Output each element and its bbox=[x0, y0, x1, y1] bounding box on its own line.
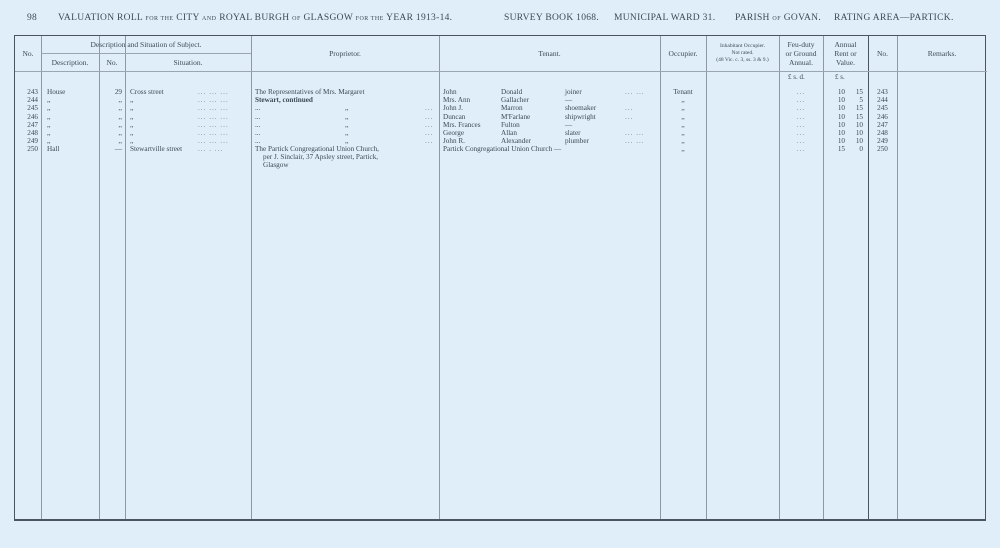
row-feu-duty: ... bbox=[779, 104, 823, 112]
row-no-right: 247 bbox=[868, 121, 897, 129]
header-remarks: Remarks. bbox=[897, 36, 987, 71]
row-tenant-first-name: Mrs. Frances bbox=[443, 121, 481, 129]
row-tenant-trade: shoemaker bbox=[565, 104, 596, 112]
row-situation-dots: ... ... ... bbox=[198, 137, 229, 145]
row-sub-no: ,, bbox=[101, 104, 122, 112]
header-situation: Situation. bbox=[125, 53, 251, 71]
table-row: 247 ,, ,, ,, ... ... ... ... ,, ... Mrs.… bbox=[15, 121, 987, 129]
row-no: 243 bbox=[19, 88, 38, 96]
row-sub-no: ,, bbox=[101, 121, 122, 129]
row-occupier: ,, bbox=[660, 129, 706, 137]
row-tenant-surname: Alexander bbox=[501, 137, 531, 145]
row-feu-duty: ... bbox=[779, 121, 823, 129]
row-proprietor: Stewart, continued bbox=[255, 96, 313, 104]
header-occupier: Occupier. bbox=[660, 36, 706, 71]
row-situation-dots: ... ... ... bbox=[198, 121, 229, 129]
table-row: 245 ,, ,, ,, ... ... ... ... ,, ... John… bbox=[15, 104, 987, 112]
row-description: ,, bbox=[47, 129, 51, 137]
row-rent-shillings: 15 bbox=[845, 113, 863, 121]
header-feu-duty: Feu-duty or Ground Annual. bbox=[779, 36, 823, 71]
row-proprietor: ... bbox=[255, 104, 260, 112]
row-rent-pounds: 10 bbox=[825, 137, 845, 145]
row-sub-no: ,, bbox=[101, 129, 122, 137]
row-situation-dots: ... ... ... bbox=[198, 113, 229, 121]
row-description: ,, bbox=[47, 113, 51, 121]
row-tenant-surname: M'Farlane bbox=[501, 113, 530, 121]
row-situation: ,, bbox=[130, 129, 134, 137]
municipal-ward: MUNICIPAL WARD 31. bbox=[614, 13, 715, 23]
row-description: ,, bbox=[47, 96, 51, 104]
roll-title: VALUATION ROLL FOR THE CITY AND ROYAL BU… bbox=[58, 13, 452, 23]
row-description: ,, bbox=[47, 137, 51, 145]
row-tenant-trade: plumber bbox=[565, 137, 589, 145]
row-tenant-first-name: John J. bbox=[443, 104, 463, 112]
feu-units: £ s. d. bbox=[788, 73, 805, 81]
row-tenant-dots: ... ... bbox=[625, 129, 645, 137]
row-feu-duty: ... bbox=[779, 137, 823, 145]
row-tenant-surname: Gallacher bbox=[501, 96, 529, 104]
row-occupier: ,, bbox=[660, 137, 706, 145]
header-tenant: Tenant. bbox=[439, 36, 660, 71]
row-rent-shillings: 15 bbox=[845, 104, 863, 112]
row-proprietor: The Representatives of Mrs. Margaret bbox=[255, 88, 364, 96]
row-no: 249 bbox=[19, 137, 38, 145]
row-sub-no: ,, bbox=[101, 96, 122, 104]
row-feu-duty: ... bbox=[779, 88, 823, 96]
header-annual-rent: Annual Rent or Value. bbox=[823, 36, 868, 71]
row-situation-dots: ... ... ... bbox=[198, 96, 229, 104]
row-occupier: Tenant bbox=[660, 88, 706, 96]
row-tenant-trade: shipwright bbox=[565, 113, 596, 121]
row-rent-shillings: 5 bbox=[845, 96, 863, 104]
row-situation: ,, bbox=[130, 104, 134, 112]
row-no: 247 bbox=[19, 121, 38, 129]
proprietor-continuation: per J. Sinclair, 37 Apsley street, Parti… bbox=[15, 153, 987, 161]
row-occupier: ,, bbox=[660, 104, 706, 112]
row-no: 248 bbox=[19, 129, 38, 137]
row-sub-no: ,, bbox=[101, 113, 122, 121]
proprietor-continuation: Glasgow bbox=[15, 161, 987, 169]
page-header: 98 VALUATION ROLL FOR THE CITY AND ROYAL… bbox=[27, 13, 987, 27]
row-tenant-trade: joiner bbox=[565, 88, 582, 96]
row-tenant-surname: Donald bbox=[501, 88, 522, 96]
row-rent-shillings: 10 bbox=[845, 129, 863, 137]
row-situation: ,, bbox=[130, 121, 134, 129]
row-tenant-trade: slater bbox=[565, 129, 581, 137]
row-situation: Cross street bbox=[130, 88, 164, 96]
row-rent-pounds: 10 bbox=[825, 96, 845, 104]
table-row: 244 ,, ,, ,, ... ... ... Stewart, contin… bbox=[15, 96, 987, 104]
header-inhabitant-occupier: Inhabitant Occupier. Not rated. (48 Vic.… bbox=[706, 36, 779, 71]
row-proprietor: ... bbox=[255, 113, 260, 121]
header-description: Description. bbox=[41, 53, 99, 71]
table-row: 243 House 29 Cross street ... ... ... Th… bbox=[15, 88, 987, 96]
row-rent-pounds: 10 bbox=[825, 104, 845, 112]
row-no-right: 245 bbox=[868, 104, 897, 112]
row-feu-duty: ... bbox=[779, 113, 823, 121]
row-occupier: ,, bbox=[660, 96, 706, 104]
header-no-right: No. bbox=[868, 36, 897, 71]
survey-book: SURVEY BOOK 1068. bbox=[504, 13, 599, 23]
row-description: ,, bbox=[47, 121, 51, 129]
row-sub-no: ,, bbox=[101, 137, 122, 145]
rating-area: RATING AREA—PARTICK. bbox=[834, 13, 954, 23]
row-proprietor-ditto: ,, bbox=[345, 104, 349, 112]
row-proprietor-dots: ... bbox=[425, 129, 433, 137]
table-row: 249 ,, ,, ,, ... ... ... ... ,, ... John… bbox=[15, 137, 987, 145]
row-proprietor-dots: ... bbox=[425, 137, 433, 145]
table-row: 248 ,, ,, ,, ... ... ... ... ,, ... Geor… bbox=[15, 129, 987, 137]
row-rent-pounds: 10 bbox=[825, 113, 845, 121]
parish: PARISH OF GOVAN. bbox=[735, 13, 821, 23]
row-no-right: 248 bbox=[868, 129, 897, 137]
row-description: ,, bbox=[47, 104, 51, 112]
row-situation: ,, bbox=[130, 137, 134, 145]
row-no-right: 246 bbox=[868, 113, 897, 121]
row-tenant-first-name: Duncan bbox=[443, 113, 465, 121]
row-proprietor-dots: ... bbox=[425, 104, 433, 112]
row-proprietor: ... bbox=[255, 137, 260, 145]
row-no: 245 bbox=[19, 104, 38, 112]
row-situation-dots: ... ... ... bbox=[198, 88, 229, 96]
valuation-table: No. Description and Situation of Subject… bbox=[14, 35, 986, 521]
row-rent-shillings: 10 bbox=[845, 137, 863, 145]
header-sub-no: No. bbox=[99, 53, 125, 71]
row-rent-pounds: 10 bbox=[825, 121, 845, 129]
row-tenant-surname: Fulton bbox=[501, 121, 520, 129]
row-sub-no: 29 bbox=[101, 88, 122, 96]
row-proprietor: ... bbox=[255, 129, 260, 137]
header-description-group: Description and Situation of Subject. bbox=[41, 36, 251, 53]
header-divider bbox=[15, 71, 987, 72]
row-tenant-dots: ... bbox=[625, 104, 633, 112]
row-tenant-surname: Marron bbox=[501, 104, 523, 112]
row-feu-duty: ... bbox=[779, 96, 823, 104]
row-rent-shillings: 15 bbox=[845, 88, 863, 96]
row-situation-dots: ... ... ... bbox=[198, 129, 229, 137]
row-situation: ,, bbox=[130, 113, 134, 121]
row-no-right: 244 bbox=[868, 96, 897, 104]
row-tenant-dots: ... ... bbox=[625, 88, 645, 96]
table-row: 246 ,, ,, ,, ... ... ... ... ,, ... Dunc… bbox=[15, 113, 987, 121]
row-tenant-first-name: John bbox=[443, 88, 457, 96]
row-proprietor-ditto: ,, bbox=[345, 121, 349, 129]
row-rent-shillings: 10 bbox=[845, 121, 863, 129]
row-situation-dots: ... ... ... bbox=[198, 104, 229, 112]
row-proprietor-ditto: ,, bbox=[345, 137, 349, 145]
row-no-right: 249 bbox=[868, 137, 897, 145]
row-tenant-first-name: John R. bbox=[443, 137, 465, 145]
row-proprietor-ditto: ,, bbox=[345, 129, 349, 137]
row-tenant-dots: ... bbox=[625, 113, 633, 121]
row-occupier: ,, bbox=[660, 113, 706, 121]
row-proprietor-dots: ... bbox=[425, 113, 433, 121]
row-feu-duty: ... bbox=[779, 129, 823, 137]
row-tenant-trade: — bbox=[565, 121, 572, 129]
row-proprietor-dots: ... bbox=[425, 121, 433, 129]
page-number: 98 bbox=[27, 13, 37, 23]
row-situation: ,, bbox=[130, 96, 134, 104]
rent-units: £ s. bbox=[835, 73, 845, 81]
row-no-right: 243 bbox=[868, 88, 897, 96]
row-proprietor-ditto: ,, bbox=[345, 113, 349, 121]
row-rent-pounds: 10 bbox=[825, 88, 845, 96]
row-occupier: ,, bbox=[660, 121, 706, 129]
row-tenant-first-name: Mrs. Ann bbox=[443, 96, 470, 104]
row-rent-pounds: 10 bbox=[825, 129, 845, 137]
row-description: House bbox=[47, 88, 65, 96]
row-no: 246 bbox=[19, 113, 38, 121]
row-tenant-dots: ... ... bbox=[625, 137, 645, 145]
row-tenant-surname: Allan bbox=[501, 129, 517, 137]
row-proprietor: ... bbox=[255, 121, 260, 129]
header-no: No. bbox=[15, 36, 41, 71]
row-tenant-trade: — bbox=[565, 96, 572, 104]
header-proprietor: Proprietor. bbox=[251, 36, 439, 71]
row-tenant-first-name: George bbox=[443, 129, 464, 137]
row-no: 244 bbox=[19, 96, 38, 104]
